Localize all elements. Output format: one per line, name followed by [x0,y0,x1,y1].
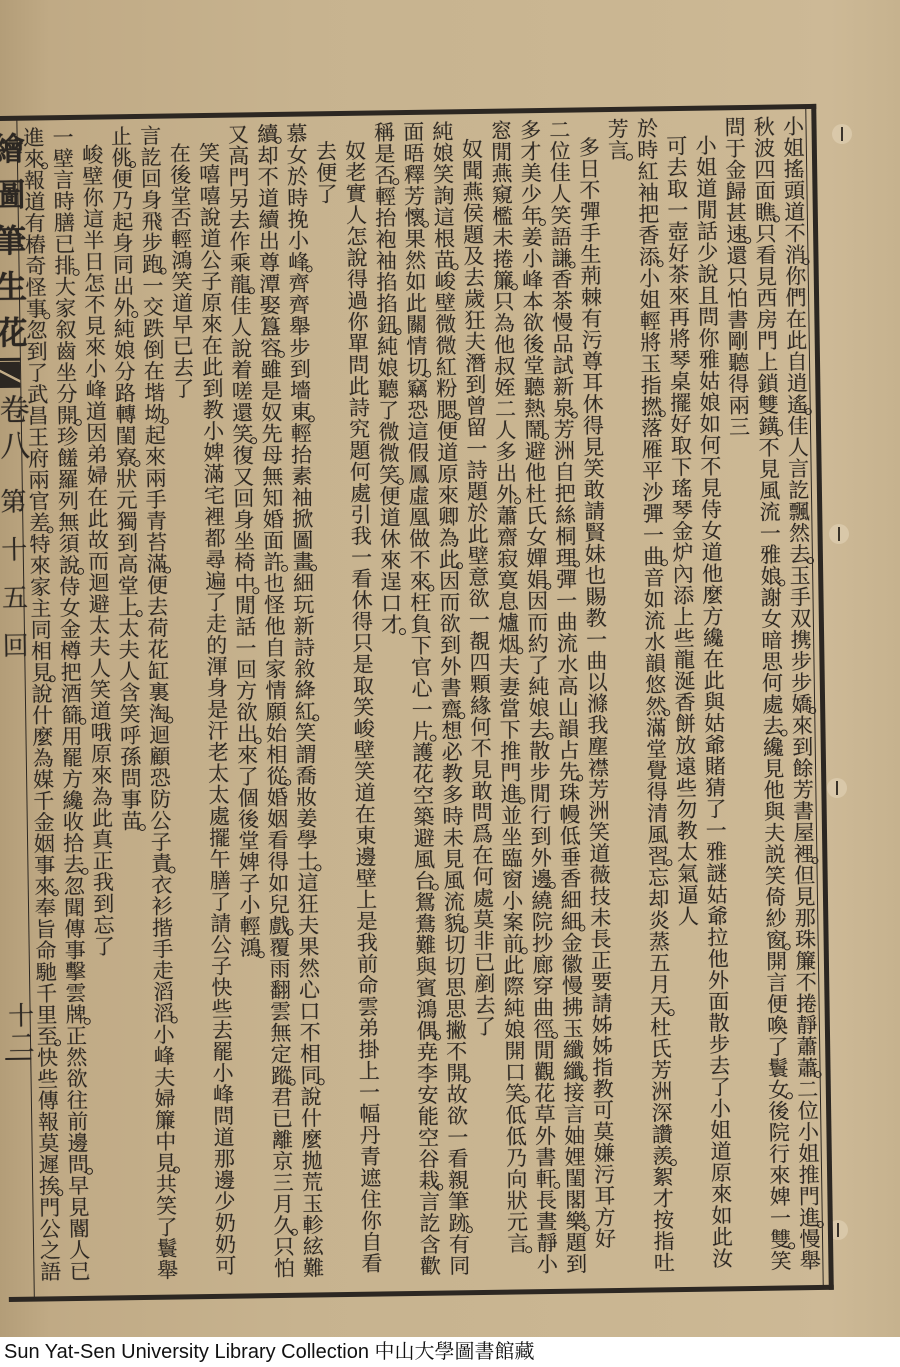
fishtail-mark [0,362,20,388]
leaf-divider-rule [5,1058,31,1060]
collection-label: Sun Yat-Sen University Library Collectio… [4,1337,535,1367]
printed-block: 繪圖筆生花 卷八 第十五回 十二 小姐搖頭道不消。你們在此自逍遙。佳人言訖飄然去… [0,0,900,1343]
body-text: 小姐搖頭道不消。你們在此自逍遙。佳人言訖飄然去。玉手双携步步嬌。來到餘芳書屋裡。… [16,115,823,1303]
scanned-page: 繪圖筆生花 卷八 第十五回 十二 小姐搖頭道不消。你們在此自逍遙。佳人言訖飄然去… [0,0,900,1337]
collection-footer: Sun Yat-Sen University Library Collectio… [0,1337,900,1367]
